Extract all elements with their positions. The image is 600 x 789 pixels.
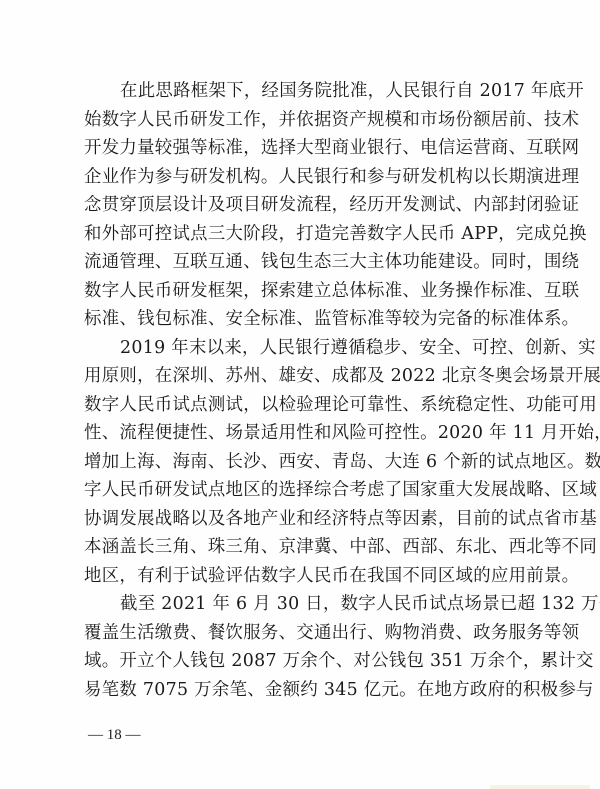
- text-line: 标准、钱包标准、安全标准、监管标准等较为完备的标准体系。: [84, 305, 520, 334]
- text-line: 在此思路框架下，经国务院批准，人民银行自 2017 年底开: [84, 77, 520, 106]
- text-line: 协调发展战略以及各地产业和经济特点等因素，目前的试点省市基: [84, 505, 520, 534]
- text-line: 念贯穿顶层设计及项目研发流程，经历开发测试、内部封闭验证: [84, 191, 520, 220]
- text-line: 用原则，在深圳、苏州、雄安、成都及 2022 北京冬奥会场景开展: [84, 362, 520, 391]
- paragraph-3: 截至 2021 年 6 月 30 日，数字人民币试点场景已超 132 万个， 覆…: [84, 590, 520, 704]
- text-line: 始数字人民币研发工作，并依据资产规模和市场份额居前、技术: [84, 106, 520, 135]
- text-line: 地区，有利于试验评估数字人民币在我国不同区域的应用前景。: [84, 562, 520, 591]
- watermark-logo: [490, 785, 590, 789]
- text-line: 域。开立个人钱包 2087 万余个、对公钱包 351 万余个，累计交: [84, 647, 520, 676]
- text-line: 和外部可控试点三大阶段，打造完善数字人民币 APP，完成兑换: [84, 220, 520, 249]
- text-line: 截至 2021 年 6 月 30 日，数字人民币试点场景已超 132 万个，: [84, 590, 520, 619]
- text-line: 2019 年末以来，人民银行遵循稳步、安全、可控、创新、实: [84, 334, 520, 363]
- text-line: 数字人民币试点测试，以检验理论可靠性、系统稳定性、功能可用: [84, 391, 520, 420]
- text-line: 数字人民币研发框架，探索建立总体标准、业务操作标准、互联: [84, 277, 520, 306]
- text-line: 易笔数 7075 万余笔、金额约 345 亿元。在地方政府的积极参与: [84, 676, 520, 705]
- text-line: 企业作为参与研发机构。人民银行和参与研发机构以长期演进理: [84, 163, 520, 192]
- text-line: 字人民币研发试点地区的选择综合考虑了国家重大发展战略、区域: [84, 476, 520, 505]
- text-line: 增加上海、海南、长沙、西安、青岛、大连 6 个新的试点地区。数: [84, 448, 520, 477]
- text-line: 流通管理、互联互通、钱包生态三大主体功能建设。同时，围绕: [84, 248, 520, 277]
- text-line: 开发力量较强等标准，选择大型商业银行、电信运营商、互联网: [84, 134, 520, 163]
- text-line: 覆盖生活缴费、餐饮服务、交通出行、购物消费、政务服务等领: [84, 619, 520, 648]
- text-line: 本涵盖长三角、珠三角、京津冀、中部、西部、东北、西北等不同: [84, 533, 520, 562]
- page-number: — 18 —: [88, 727, 141, 744]
- document-body: 在此思路框架下，经国务院批准，人民银行自 2017 年底开 始数字人民币研发工作…: [84, 77, 520, 704]
- paragraph-2: 2019 年末以来，人民银行遵循稳步、安全、可控、创新、实 用原则，在深圳、苏州…: [84, 334, 520, 591]
- paragraph-1: 在此思路框架下，经国务院批准，人民银行自 2017 年底开 始数字人民币研发工作…: [84, 77, 520, 334]
- text-line: 性、流程便捷性、场景适用性和风险可控性。2020 年 11 月开始，: [84, 419, 520, 448]
